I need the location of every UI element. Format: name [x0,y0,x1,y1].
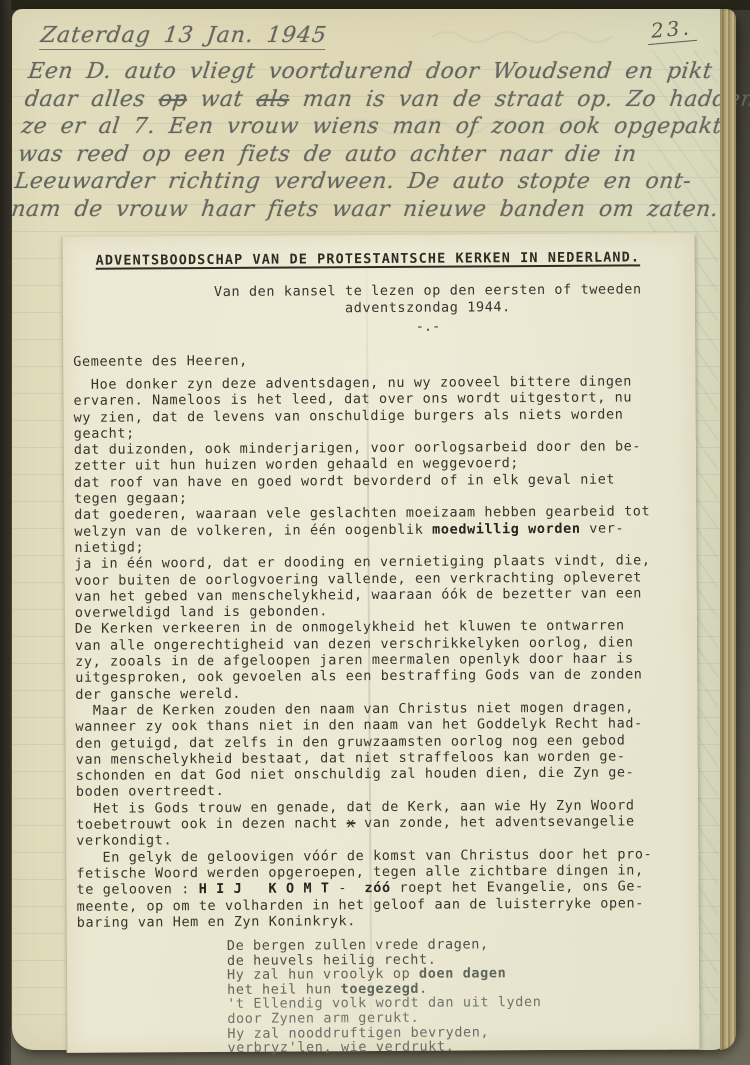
text-line: was reed op een fiets de auto achter naa… [16,141,709,169]
diary-entry: Een D. auto vliegt voortdurend door Woud… [10,58,720,224]
text-line: adventszondag 1944. [168,298,688,318]
photo-frame-left-edge [0,0,11,1065]
diary-handwriting: Zaterdag 13 Jan. 1945 Een D. auto vliegt… [10,23,725,224]
letter-poem: De bergen zullen vrede dragen,de heuvels… [227,936,690,1056]
text-line: Leeuwarder richting verdween. De auto st… [13,168,706,196]
page-stack-edge [720,9,736,1050]
letter-body: Hoe donker zyn deze adventsdagen, nu wy … [73,373,688,931]
diary-page: 23. Zaterdag 13 Jan. 1945 Een D. auto vl… [12,9,736,1050]
letter-title: ADVENTSBOODSCHAP VAN DE PROTESTANTSCHE K… [96,249,685,269]
text-line: nam de vrouw haar fiets waar nieuwe band… [10,196,703,224]
text-line: Van den kansel te lezen op den eersten o… [168,281,688,301]
text-line: verbryz'len, wie verdrukt. [227,1038,689,1055]
letter-subtitle: Van den kansel te lezen op den eersten o… [168,281,688,318]
typed-letter: ADVENTSBOODSCHAP VAN DE PROTESTANTSCHE K… [62,233,700,1053]
letter-content: ADVENTSBOODSCHAP VAN DE PROTESTANTSCHE K… [63,233,700,1057]
letter-divider: -.- [168,317,688,336]
text-line: ze er al 7. Een vrouw wiens man of zoon … [20,113,713,141]
text-line: daar alles op wat als man is van de stra… [23,86,716,114]
letter-salutation: Gemeente des Heeren, [73,350,685,370]
diary-date: Zaterdag 13 Jan. 1945 [39,23,328,50]
text-line: baring van Hem en Zyn Koninkryk. [77,911,689,931]
text-line: Een D. auto vliegt voortdurend door Woud… [27,58,720,86]
